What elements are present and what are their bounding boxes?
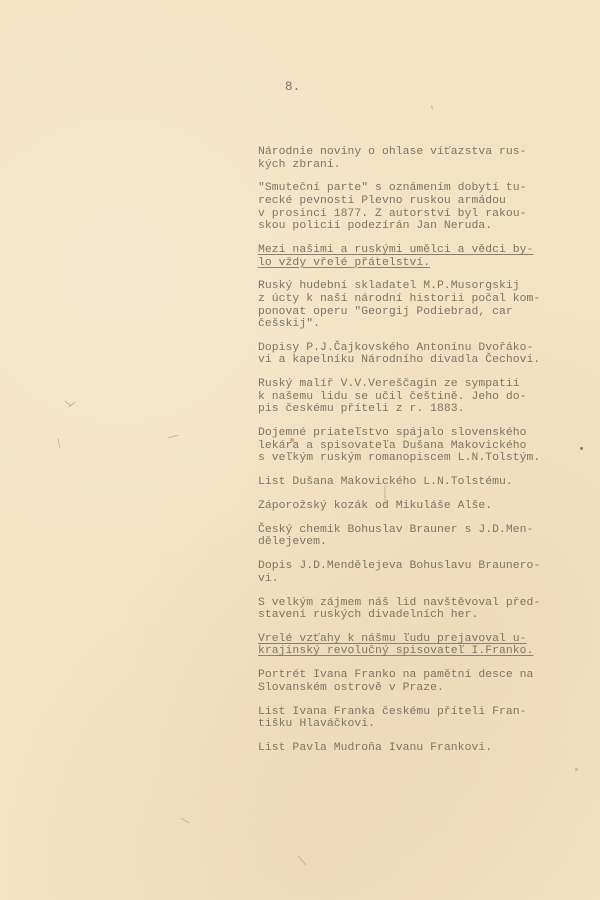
caption-paragraph: Český chemik Bohuslav Brauner s J.D.Men-… [258, 524, 598, 549]
text-line: Vrelé vzťahy k nášmu ľudu prejavoval u- [258, 633, 598, 646]
section-heading: Vrelé vzťahy k nášmu ľudu prejavoval u-k… [258, 633, 598, 658]
text-line: S velkým zájmem náš lid navštěvoval před… [258, 597, 598, 610]
text-line: z úcty k naší národní historii počal kom… [258, 293, 598, 306]
section-heading: Mezi našimi a ruskými umělci a vědci by-… [258, 244, 598, 269]
ink-speck [575, 768, 578, 771]
text-line: skou policií podezírán Jan Neruda. [258, 220, 598, 233]
caption-paragraph: List Dušana Makovického L.N.Tolstému. [258, 476, 598, 489]
caption-paragraph: Ruský hudební skladatel M.P.Musorgskijz … [258, 280, 598, 330]
paper-fiber [180, 818, 189, 824]
text-line: List Dušana Makovického L.N.Tolstému. [258, 476, 598, 489]
text-line: Mezi našimi a ruskými umělci a vědci by- [258, 244, 598, 257]
text-line: stavení ruských divadelních her. [258, 609, 598, 622]
caption-paragraph: Národnie noviny o ohlase víťazstva rus-k… [258, 146, 598, 171]
text-line: Dopis J.D.Mendělejeva Bohuslavu Braunero… [258, 560, 598, 573]
paper-fiber [168, 435, 178, 439]
text-line: s veľkým ruským romanopiscem L.N.Tolstým… [258, 452, 598, 465]
text-line: lo vždy vřelé přátelství. [258, 257, 598, 270]
caption-paragraph: Ruský malíř V.V.Vereščagin ze sympatiík … [258, 378, 598, 416]
caption-paragraph: List Pavla Mudroňa Ivanu Frankovi. [258, 742, 598, 755]
caption-paragraph: Dojemné priateľstvo spájalo slovenskéhol… [258, 427, 598, 465]
text-line: Národnie noviny o ohlase víťazstva rus- [258, 146, 598, 159]
caption-paragraph: Dopis J.D.Mendělejeva Bohuslavu Braunero… [258, 560, 598, 585]
text-line: Slovanském ostrově v Praze. [258, 682, 598, 695]
text-line: pis českému příteli z r. 1883. [258, 403, 598, 416]
text-line: Portrét Ivana Franko na pamětní desce na [258, 669, 598, 682]
text-line: vi a kapelníku Národního divadla Čechovi… [258, 354, 598, 367]
caption-paragraph: List Ivana Franka českému příteli Fran-t… [258, 706, 598, 731]
text-line: dělejevem. [258, 536, 598, 549]
caption-paragraph: "Smuteční parte" s oznámením dobytí tu-r… [258, 182, 598, 232]
text-line: tišku Hlaváčkovi. [258, 718, 598, 731]
text-line: Záporožský kozák od Mikuláše Alše. [258, 500, 598, 513]
text-line: Dopisy P.J.Čajkovského Antonínu Dvořáko- [258, 342, 598, 355]
text-line: List Ivana Franka českému příteli Fran- [258, 706, 598, 719]
text-line: ponovat operu "Georgij Podiebrad, car [258, 306, 598, 319]
caption-paragraph: Záporožský kozák od Mikuláše Alše. [258, 500, 598, 513]
text-line: List Pavla Mudroňa Ivanu Frankovi. [258, 742, 598, 755]
text-line: kých zbraní. [258, 159, 598, 172]
paper-fiber [431, 105, 433, 109]
text-line: češskij". [258, 318, 598, 331]
text-line: Ruský malíř V.V.Vereščagin ze sympatií [258, 378, 598, 391]
text-line: v prosinci 1877. Z autorství byl rakou- [258, 208, 598, 221]
caption-paragraph: Dopisy P.J.Čajkovského Antonínu Dvořáko-… [258, 342, 598, 367]
paper-fiber [58, 438, 61, 448]
paper-fiber [298, 856, 306, 866]
text-line: Český chemik Bohuslav Brauner s J.D.Men- [258, 524, 598, 537]
text-line: Ruský hudební skladatel M.P.Musorgskij [258, 280, 598, 293]
text-line: lekára a spisovateľa Dušana Makovického [258, 440, 598, 453]
text-line: krajinský revolučný spisovateľ I.Franko. [258, 645, 598, 658]
text-line: recké pevnosti Plevno ruskou armádou [258, 195, 598, 208]
text-line: Dojemné priateľstvo spájalo slovenského [258, 427, 598, 440]
text-line: vi. [258, 573, 598, 586]
text-line: k našemu lidu se učil češtině. Jeho do- [258, 391, 598, 404]
page-number: 8. [285, 80, 300, 94]
text-line: "Smuteční parte" s oznámením dobytí tu- [258, 182, 598, 195]
document-body: Národnie noviny o ohlase víťazstva rus-k… [258, 146, 598, 766]
caption-paragraph: Portrét Ivana Franko na pamětní desce na… [258, 669, 598, 694]
paper-fiber [68, 402, 75, 407]
caption-paragraph: S velkým zájmem náš lid navštěvoval před… [258, 597, 598, 622]
